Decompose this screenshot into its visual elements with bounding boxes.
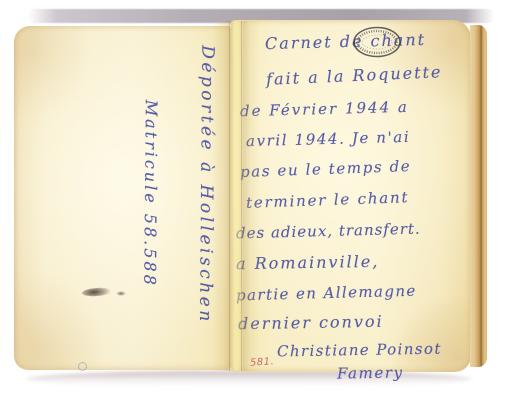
folio-number: 581. [250,356,275,369]
ink-smudge [82,287,112,297]
handwritten-line: des adieux, transfert. [236,220,421,243]
oval-stamp-icon [351,24,403,60]
page-edge-stack [470,25,487,367]
left-page: Déportée à Holleischen Matricule 58.588 [14,26,231,370]
matricule-line: Matricule 58.588 [121,45,180,365]
handwritten-line: pas eu le temps de [240,157,412,181]
signature-line: Famery [337,363,404,382]
photo-shadow-bottom [26,371,472,387]
ink-smudge-small [116,291,126,296]
right-page: Carnet de chant fait a la Roquette de Fé… [231,20,471,372]
handwritten-line: de Février 1944 a [240,98,409,120]
handwritten-line: fait a la Roquette [266,62,443,89]
rotated-annotation: Déportée à Holleischen Matricule 58.588 [121,45,236,366]
handwritten-line: avril 1944. Je n'ai [246,128,411,150]
signature-line: Christiane Poinsot [277,340,442,361]
handwritten-line: dernier convoi [238,312,384,334]
handwritten-line: a Romainville, [236,252,380,273]
ink-speck [78,362,87,371]
handwritten-line: terminer le chant [246,188,410,212]
deportation-line: Déportée à Holleischen [195,45,217,325]
notebook-photo: Déportée à Holleischen Matricule 58.588 … [0,0,507,403]
handwritten-line: partie en Allemagne [236,282,417,305]
